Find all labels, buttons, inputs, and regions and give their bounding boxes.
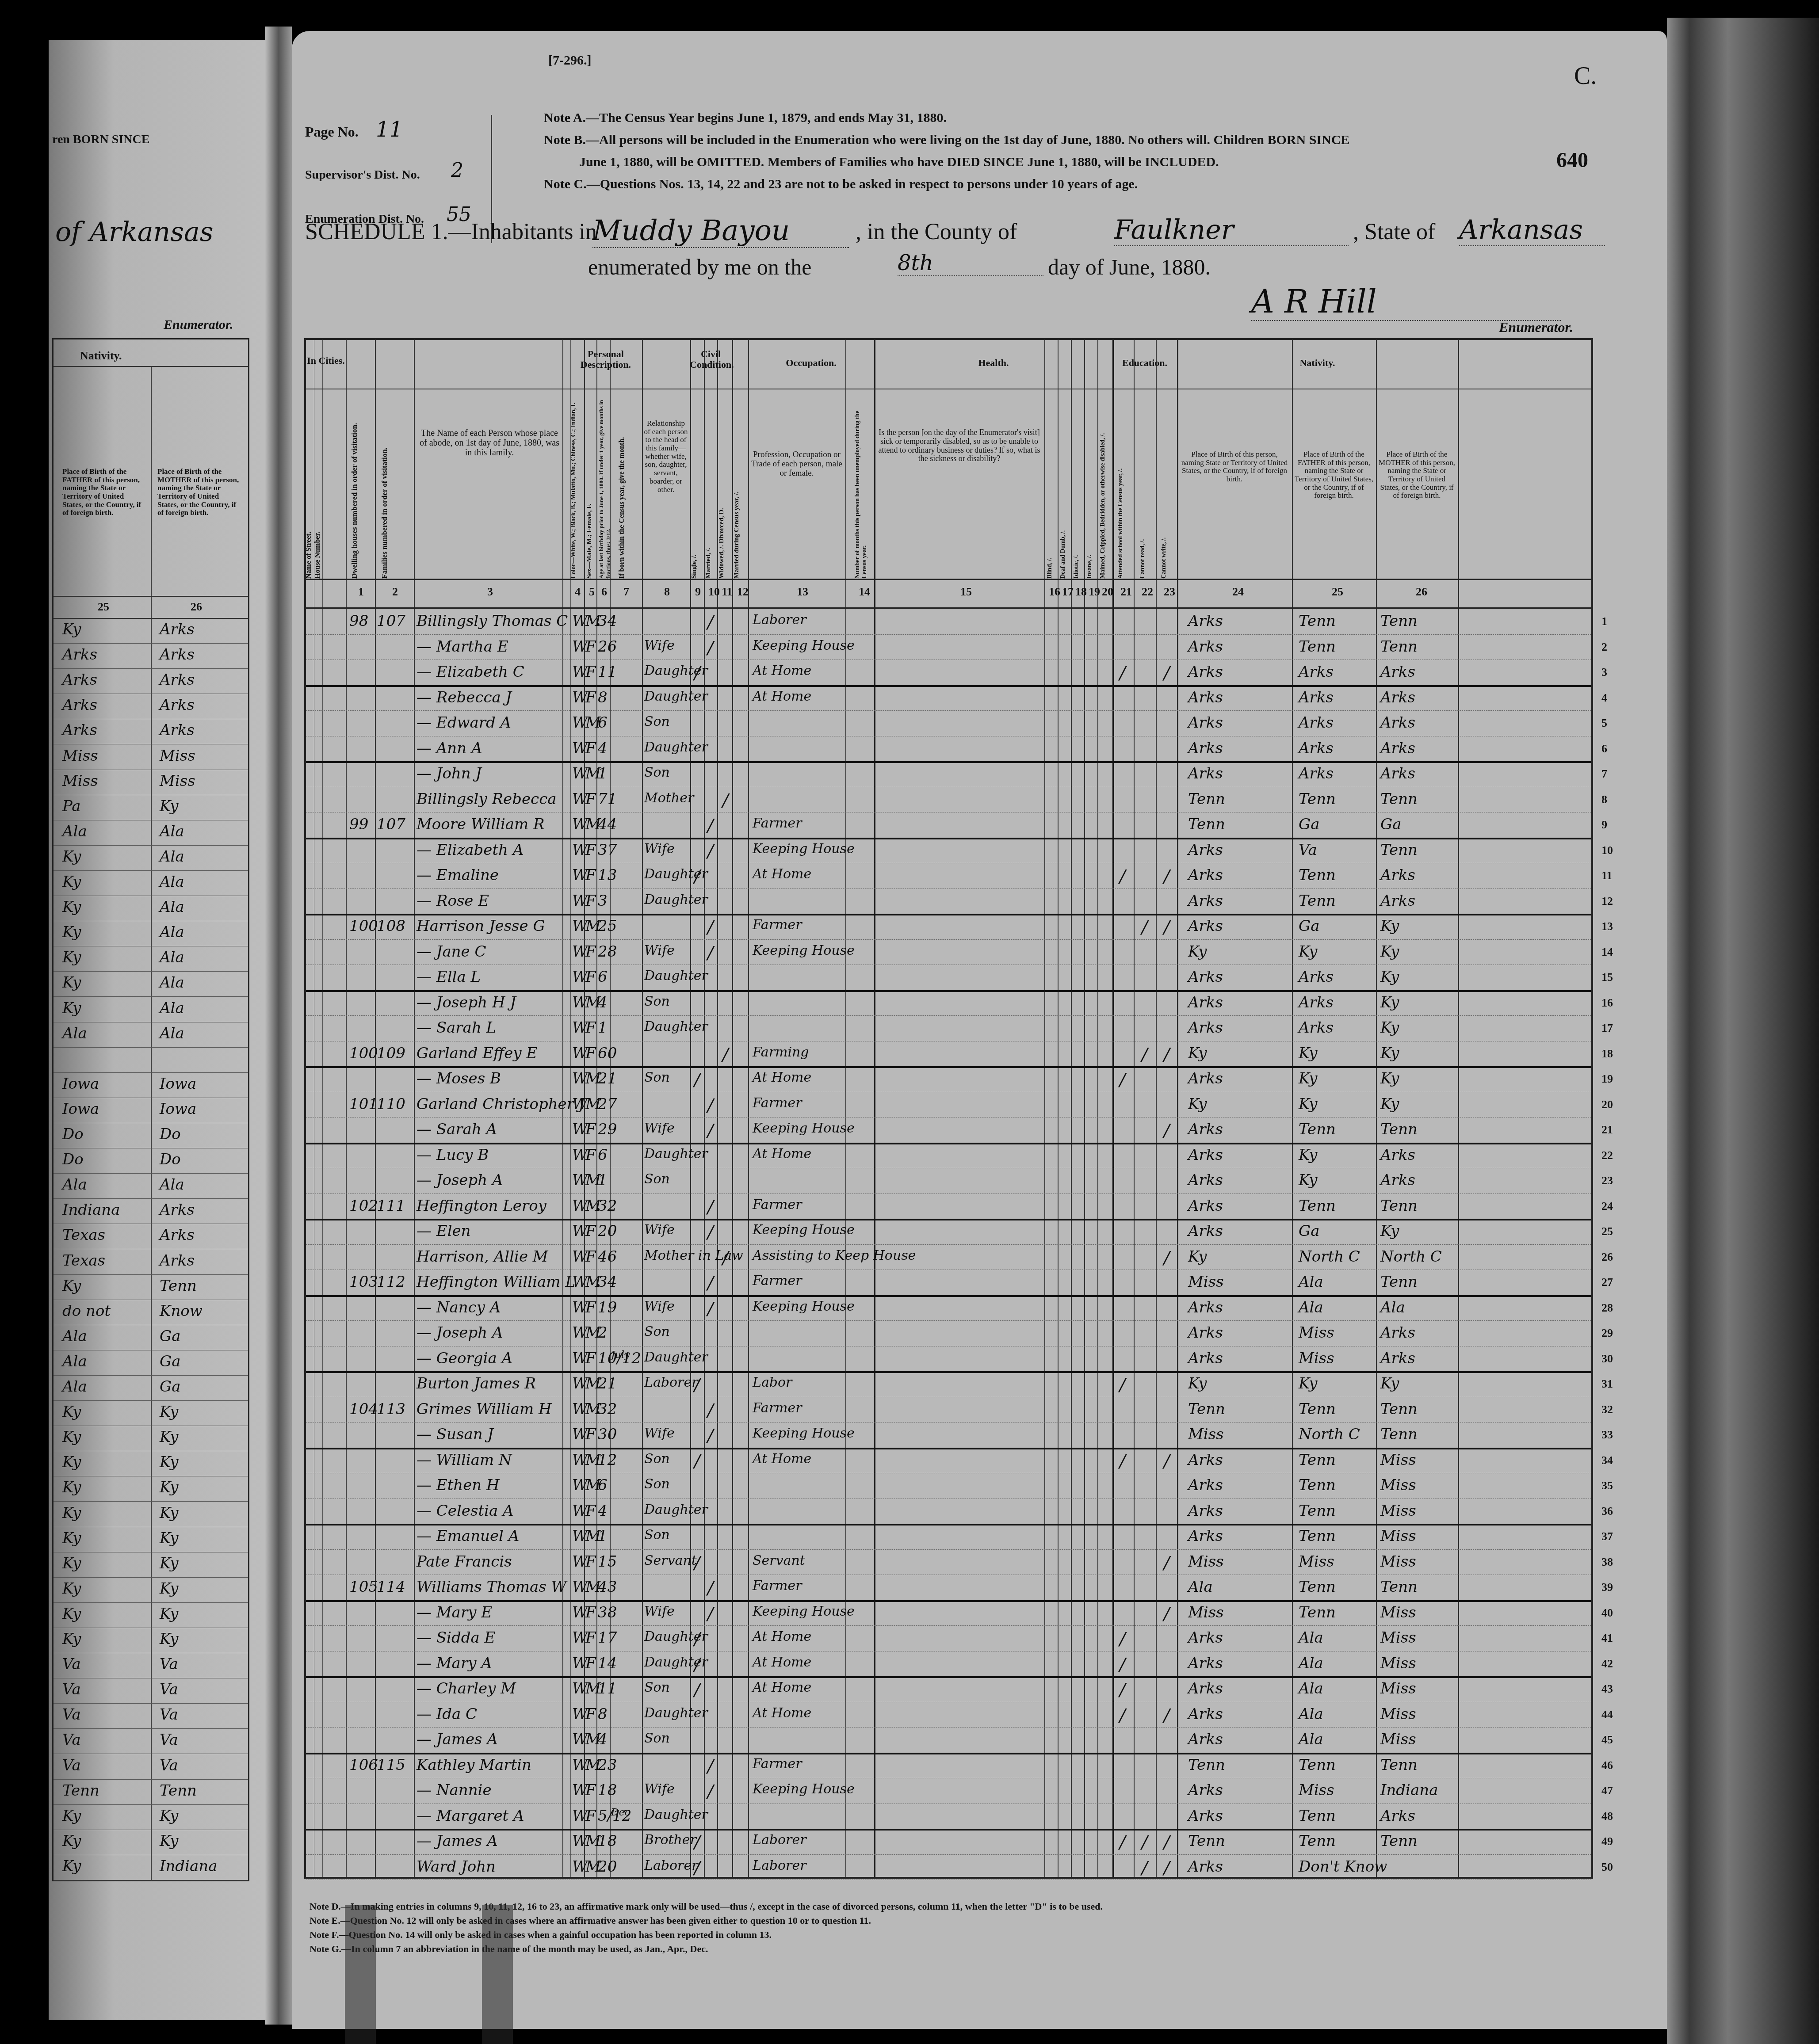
mother-birthplace: Arks [1380,892,1415,910]
sex: F [585,841,596,859]
sex: F [585,740,596,757]
left-mother-birthplace: Ala [160,999,184,1017]
header-birth-mother: Place of Birth of the MOTHER of this per… [1378,450,1456,500]
left-mother-birthplace: Know [160,1302,203,1320]
father-birthplace: Tenn [1299,638,1336,656]
civil-condition-mark: / [694,1553,700,1573]
father-birthplace: Ala [1299,1299,1323,1316]
father-birthplace: Miss [1299,1781,1334,1799]
left-table-row: MissMiss [53,744,248,770]
cannot-write-mark: / [1164,1121,1169,1141]
left-table-row: KyArks [53,618,248,644]
line-number: 38 [1601,1556,1613,1569]
person-name: — Lucy B [417,1146,489,1164]
person-name: Ward John [417,1858,496,1876]
mother-birthplace: Miss [1380,1476,1416,1494]
mother-birthplace: Arks [1380,663,1415,681]
birthplace: Ala [1188,1578,1213,1596]
table-row: — Mary AWF14DaughterAt HomeArksAlaMiss//… [306,1651,1591,1678]
mother-birthplace: Tenn [1380,1756,1418,1774]
header-health: Health. [874,358,1113,368]
person-name: — Rebecca J [417,689,512,706]
column-number: 13 [797,585,808,599]
line-number: 21 [1601,1123,1613,1136]
relationship: Son [644,1070,670,1085]
column-number: 4 [575,585,581,599]
person-name: — Mary E [417,1604,492,1621]
age: 6 [598,968,608,986]
line-number: 6 [1601,742,1607,755]
stamped-page-number: 640 [1556,148,1588,172]
left-table-row: IndianaArks [53,1198,248,1224]
line-number: 29 [1601,1327,1613,1340]
left-mother-birthplace: Ky [160,1529,178,1547]
mother-birthplace: Tenn [1380,1197,1418,1215]
mother-birthplace: Miss [1380,1502,1416,1520]
person-name: — Emaline [417,866,499,884]
table-row: 98107Billingsly Thomas CWM34LaborerArksT… [306,609,1591,635]
header-insane: Insane, /. [1086,521,1093,579]
mother-birthplace: Miss [1380,1451,1416,1469]
age: 6 [598,1476,608,1494]
enumerator-label: Enumerator. [1499,319,1573,336]
left-table-row: VaVa [53,1728,248,1754]
birthplace: Arks [1188,689,1223,706]
family-number: 111 [377,1197,405,1215]
header-nativity: Nativity. [1177,358,1458,368]
birthplace: Miss [1188,1273,1224,1291]
relationship: Daughter [644,689,708,704]
left-table-row: KyAla [53,870,248,896]
person-name: — Ethen H [417,1476,500,1494]
birthplace: Arks [1188,1222,1223,1240]
birth-month: Dec [611,1807,630,1818]
left-state-fragment: of Arkansas [55,217,214,248]
left-table-row: TexasArks [53,1224,248,1249]
line-number: 35 [1601,1479,1613,1492]
occupation: At Home [753,1655,811,1670]
table-row: — Sarah AWF29WifeKeeping HouseArksTennTe… [306,1117,1591,1144]
left-table-row: KyAla [53,896,248,921]
line-number: 30 [1601,1352,1613,1365]
person-name: — John J [417,765,482,782]
mother-birthplace: Arks [1380,1350,1415,1367]
birthplace: Arks [1188,765,1223,782]
day-suffix: day of June, 1880. [1048,254,1211,280]
age: 44 [598,816,617,833]
header-personal-description: Personal Description. [570,349,641,370]
header-married: Married, /. [705,499,712,579]
dwelling-number: 103 [349,1273,378,1291]
header-widowed: Widowed, /. Divorced, D. [718,450,726,579]
age: 28 [598,943,617,961]
occupation: Farmer [753,816,802,831]
person-name: Billingsly Rebecca [417,790,556,808]
occupation: Servant [753,1553,805,1568]
mother-birthplace: Arks [1380,1146,1415,1164]
table-row: — Moses BWM21SonAt HomeArksKyKy//19 [306,1066,1591,1092]
cannot-write-mark: / [1164,663,1169,683]
sex: F [585,1299,596,1316]
sex: F [585,1604,596,1621]
left-father-birthplace: Iowa [62,1100,99,1118]
table-row: Ward JohnWM20LaborerLaborerArksDon't Kno… [306,1854,1591,1880]
left-table-row: VaVa [53,1754,248,1780]
header-idiotic: Idiotic, /. [1073,521,1080,579]
relationship: Wife [644,1121,675,1136]
civil-condition-mark: / [707,1604,713,1624]
birthplace: Arks [1188,1629,1223,1647]
relationship: Brother [644,1832,696,1848]
civil-condition-mark: / [707,1095,713,1116]
line-number: 24 [1601,1200,1613,1213]
mother-birthplace: Tenn [1380,1121,1418,1138]
birthplace: Arks [1188,740,1223,757]
left-table-row: KyKy [53,1804,248,1830]
left-mother-birthplace: Ga [160,1378,180,1396]
mother-birthplace: Tenn [1380,1578,1418,1596]
person-name: Harrison, Allie M [417,1248,548,1266]
father-birthplace: Tenn [1299,1604,1336,1621]
relationship: Son [644,1476,670,1492]
age: 4 [598,994,608,1011]
column-number: 18 [1075,585,1087,599]
left-mother-birthplace: Ala [160,873,184,891]
left-father-birthplace: Ky [62,1479,81,1496]
sex: F [585,1629,596,1647]
line-number: 11 [1601,869,1613,882]
person-name: Moore William R [417,816,545,833]
schedule-label: SCHEDULE 1.—Inhabitants in [305,219,597,245]
left-mother-birthplace: Ala [160,823,184,840]
occupation: Keeping House [753,1222,855,1238]
column-number: 26 [1416,585,1427,599]
civil-condition-mark: / [707,1273,713,1293]
father-birthplace: Ky [1299,1045,1317,1062]
birthplace: Arks [1188,841,1223,859]
person-name: — James A [417,1832,498,1850]
civil-condition-mark: / [694,1832,700,1853]
relationship: Wife [644,1299,675,1314]
table-row: — Rose EWF3DaughterArksTennArks12 [306,889,1591,916]
occupation: At Home [753,1629,811,1644]
left-mother-birthplace: Va [160,1681,178,1698]
left-father-birthplace: Iowa [62,1075,99,1093]
line-number: 15 [1601,971,1613,984]
line-number: 22 [1601,1149,1613,1162]
cannot-write-mark: / [1164,1451,1169,1472]
header-family: Families numbered in order of visitation… [380,415,389,579]
age: 25 [598,917,617,935]
age: 34 [598,1273,617,1291]
relationship: Daughter [644,1502,708,1518]
header-profession: Profession, Occupation or Trade of each … [750,450,843,478]
left-mother-birthplace: Ga [160,1353,180,1370]
father-birthplace: Tenn [1299,1451,1336,1469]
header-cannot-write: Cannot write, /. [1161,481,1168,579]
father-birthplace: North C [1299,1426,1360,1443]
school-mark: / [1120,1832,1125,1853]
father-birthplace: North C [1299,1248,1360,1266]
school-mark: / [1120,1451,1125,1472]
school-mark: / [1120,1705,1125,1726]
table-row: — Emanuel AWM1SonArksTennMiss37 [306,1524,1591,1550]
relationship: Laborer [644,1858,698,1873]
dwelling-number: 98 [349,612,368,630]
header-deaf: Deaf and Dumb, /. [1060,490,1067,579]
left-mother-birthplace: Arks [160,721,195,739]
column-number: 16 [1049,585,1060,599]
mother-birthplace: Ky [1380,1375,1399,1392]
county-value: Faulkner [1114,214,1349,246]
age: 34 [598,612,617,630]
state-label: , State of [1353,219,1435,245]
family-number: 110 [377,1095,405,1113]
dwelling-number: 100 [349,1045,378,1062]
note-c: Note C.—Questions Nos. 13, 14, 22 and 23… [544,177,1138,192]
civil-condition-mark: / [707,1197,713,1217]
left-table-row: VaVa [53,1703,248,1729]
township-value: Muddy Bayou [592,214,849,248]
occupation: Laborer [753,612,806,628]
cannot-write-mark: / [1164,1553,1169,1573]
father-birthplace: Tenn [1299,1807,1336,1825]
birthplace: Arks [1188,1171,1223,1189]
age: 6 [598,714,608,732]
page-edges [1667,18,1819,2044]
mother-birthplace: Ky [1380,1019,1399,1037]
birthplace: Arks [1188,892,1223,910]
left-table-row: AlaAla [53,1022,248,1048]
occupation: At Home [753,663,811,679]
left-mother-birthplace: Va [160,1731,178,1749]
father-birthplace: Arks [1299,714,1334,732]
left-mother-birthplace: Arks [160,1201,195,1219]
civil-condition-mark: / [694,663,700,683]
left-col-26: 26 [191,600,202,614]
sex: F [585,663,596,681]
left-father-birthplace: Ala [62,823,87,840]
age: 21 [598,1375,617,1392]
relationship: Daughter [644,968,708,984]
person-name: Billingsly Thomas C [417,612,568,630]
school-mark: / [1120,1655,1125,1675]
mother-birthplace: Ky [1380,943,1399,961]
birthplace: Ky [1188,1248,1207,1266]
line-number: 32 [1601,1403,1613,1416]
father-birthplace: Ky [1299,1375,1317,1392]
left-table-row: KyKy [53,1830,248,1855]
occupation: Keeping House [753,1121,855,1136]
father-birthplace: Ky [1299,943,1317,961]
left-mother-birthplace: Ky [160,1605,178,1623]
birthplace: Arks [1188,663,1223,681]
table-row: 105114Williams Thomas WWM43FarmerAlaTenn… [306,1575,1591,1602]
relationship: Wife [644,1426,675,1441]
age: 3 [598,892,608,910]
dwelling-number: 102 [349,1197,378,1215]
father-birthplace: Ala [1299,1655,1323,1672]
occupation: At Home [753,689,811,704]
left-table-row: KyAla [53,971,248,997]
line-number: 40 [1601,1606,1613,1620]
person-name: — Edward A [417,714,511,732]
cannot-write-mark: / [1164,1705,1169,1726]
line-number: 41 [1601,1632,1613,1645]
mother-birthplace: Miss [1380,1604,1416,1621]
mother-birthplace: Ky [1380,1045,1399,1062]
left-mother-birthplace: Tenn [160,1782,197,1800]
mother-birthplace: Indiana [1380,1781,1438,1799]
mother-birthplace: Tenn [1380,638,1418,656]
relationship: Daughter [644,1146,708,1162]
cannot-write-mark: / [1164,866,1169,887]
father-birthplace: Tenn [1299,1756,1336,1774]
table-row: 106115Kathley MartinWM23FarmerTennTennTe… [306,1753,1591,1779]
father-birthplace: Ga [1299,917,1319,935]
left-father-birthplace: Va [62,1731,81,1749]
age: 23 [598,1756,617,1774]
age: 1 [598,1019,608,1037]
sex: F [585,1222,596,1240]
father-birthplace: Arks [1299,765,1334,782]
relationship: Wife [644,1222,675,1238]
left-table-row: AlaGa [53,1375,248,1401]
person-name: Garland Effey E [417,1045,537,1062]
birthplace: Arks [1188,1527,1223,1545]
table-row: — Mary EWF38WifeKeeping HouseMissTennMis… [306,1600,1591,1626]
mother-birthplace: Ky [1380,994,1399,1011]
age: 6 [598,1146,608,1164]
column-number: 20 [1102,585,1113,599]
mother-birthplace: Tenn [1380,841,1418,859]
civil-condition-mark: / [694,1375,700,1395]
left-father-birthplace: Ky [62,1832,81,1850]
age: 21 [598,1070,617,1087]
mother-birthplace: North C [1380,1248,1442,1266]
birthplace: Arks [1188,1680,1223,1697]
occupation: Farmer [753,1400,802,1416]
header-maimed: Maimed, Crippled, Bedridden, or otherwis… [1100,366,1107,579]
father-birthplace: Arks [1299,689,1334,706]
person-name: — Joseph A [417,1324,503,1342]
occupation: Assisting to Keep House [753,1248,916,1263]
left-father-birthplace: Miss [62,772,98,790]
note-a: Note A.—The Census Year begins June 1, 1… [544,111,947,126]
civil-condition-mark: / [707,1756,713,1777]
line-number: 20 [1601,1098,1613,1111]
enumeration-day: 8th [898,251,1043,276]
header-months-unemployed: Number of months this person has been un… [854,393,872,579]
mother-birthplace: Tenn [1380,1400,1418,1418]
line-number: 31 [1601,1377,1613,1391]
book-gutter [265,27,292,2025]
father-birthplace: Arks [1299,663,1334,681]
left-mother-birthplace: Ala [160,923,184,941]
relationship: Servant [644,1553,697,1568]
line-number: 25 [1601,1225,1613,1238]
age: 1 [598,765,608,782]
left-father-birthplace: Ky [62,1277,81,1295]
person-name: Burton James R [417,1375,536,1392]
column-number: 1 [358,585,364,599]
left-father-birthplace: Ky [62,1403,81,1421]
sex: F [585,790,596,808]
cannot-read-mark: / [1142,917,1147,938]
left-table-row: AlaGa [53,1350,248,1376]
column-number: 11 [722,585,733,599]
civil-condition-mark: / [722,1045,728,1065]
left-table-row: DoDo [53,1123,248,1148]
left-father-birthplace: Ky [62,848,81,866]
table-row: — James AWM4SonArksAlaMiss45 [306,1727,1591,1754]
table-row: 102111Heffington LeroyWM32FarmerArksTenn… [306,1194,1591,1221]
dwelling-number: 101 [349,1095,378,1113]
occupation: At Home [753,1680,811,1695]
occupation: Keeping House [753,1781,855,1797]
left-mother-birthplace: Ky [160,1630,178,1648]
table-row: — EmalineWF13DaughterAt HomeArksTennArks… [306,863,1591,889]
left-table-row: KyKy [53,1602,248,1628]
page-no-label: Page No. [305,124,359,140]
left-father-birthplace: Ky [62,949,81,966]
mother-birthplace: Ky [1380,1070,1399,1087]
mother-birthplace: Tenn [1380,1832,1418,1850]
age: 15 [598,1553,617,1571]
left-page-table: Nativity. Place of Birth of the FATHER o… [52,338,249,1881]
sex: F [585,1146,596,1164]
father-birthplace: Ala [1299,1680,1323,1697]
left-father-birthplace: Va [62,1757,81,1774]
birthplace: Miss [1188,1604,1224,1621]
line-number: 47 [1601,1784,1613,1797]
birthplace: Miss [1188,1553,1224,1571]
left-father-birthplace: Ala [62,1176,87,1194]
age: 32 [598,1197,617,1215]
sex: F [585,943,596,961]
table-row: — Elizabeth AWF37WifeKeeping HouseArksVa… [306,838,1591,864]
line-number: 2 [1601,641,1607,654]
line-number: 36 [1601,1505,1613,1518]
line-number: 8 [1601,793,1607,806]
family-number: 108 [377,917,405,935]
sex: F [585,1502,596,1520]
birthplace: Arks [1188,1146,1223,1164]
cannot-write-mark: / [1164,1045,1169,1065]
birthplace: Arks [1188,1858,1223,1876]
family-number: 115 [377,1756,405,1774]
line-number: 12 [1601,895,1613,908]
person-name: — Susan J [417,1426,493,1443]
dwelling-number: 99 [349,816,368,833]
civil-condition-mark: / [707,841,713,862]
birthplace: Arks [1188,1019,1223,1037]
sex: F [585,1248,596,1266]
line-number: 19 [1601,1072,1613,1086]
sex: F [585,1781,596,1799]
left-mother-birthplace: Ala [160,1025,184,1042]
relationship: Daughter [644,1350,708,1365]
sex: F [585,968,596,986]
occupation: Farmer [753,1095,802,1111]
left-mother-birthplace: Ky [160,1479,178,1496]
age: 11 [598,663,617,681]
line-number: 16 [1601,996,1613,1010]
age: 2 [598,1324,608,1342]
person-name: — Sidda E [417,1629,495,1647]
supervisor-label: Supervisor's Dist. No. [305,168,420,182]
father-birthplace: Tenn [1299,1832,1336,1850]
